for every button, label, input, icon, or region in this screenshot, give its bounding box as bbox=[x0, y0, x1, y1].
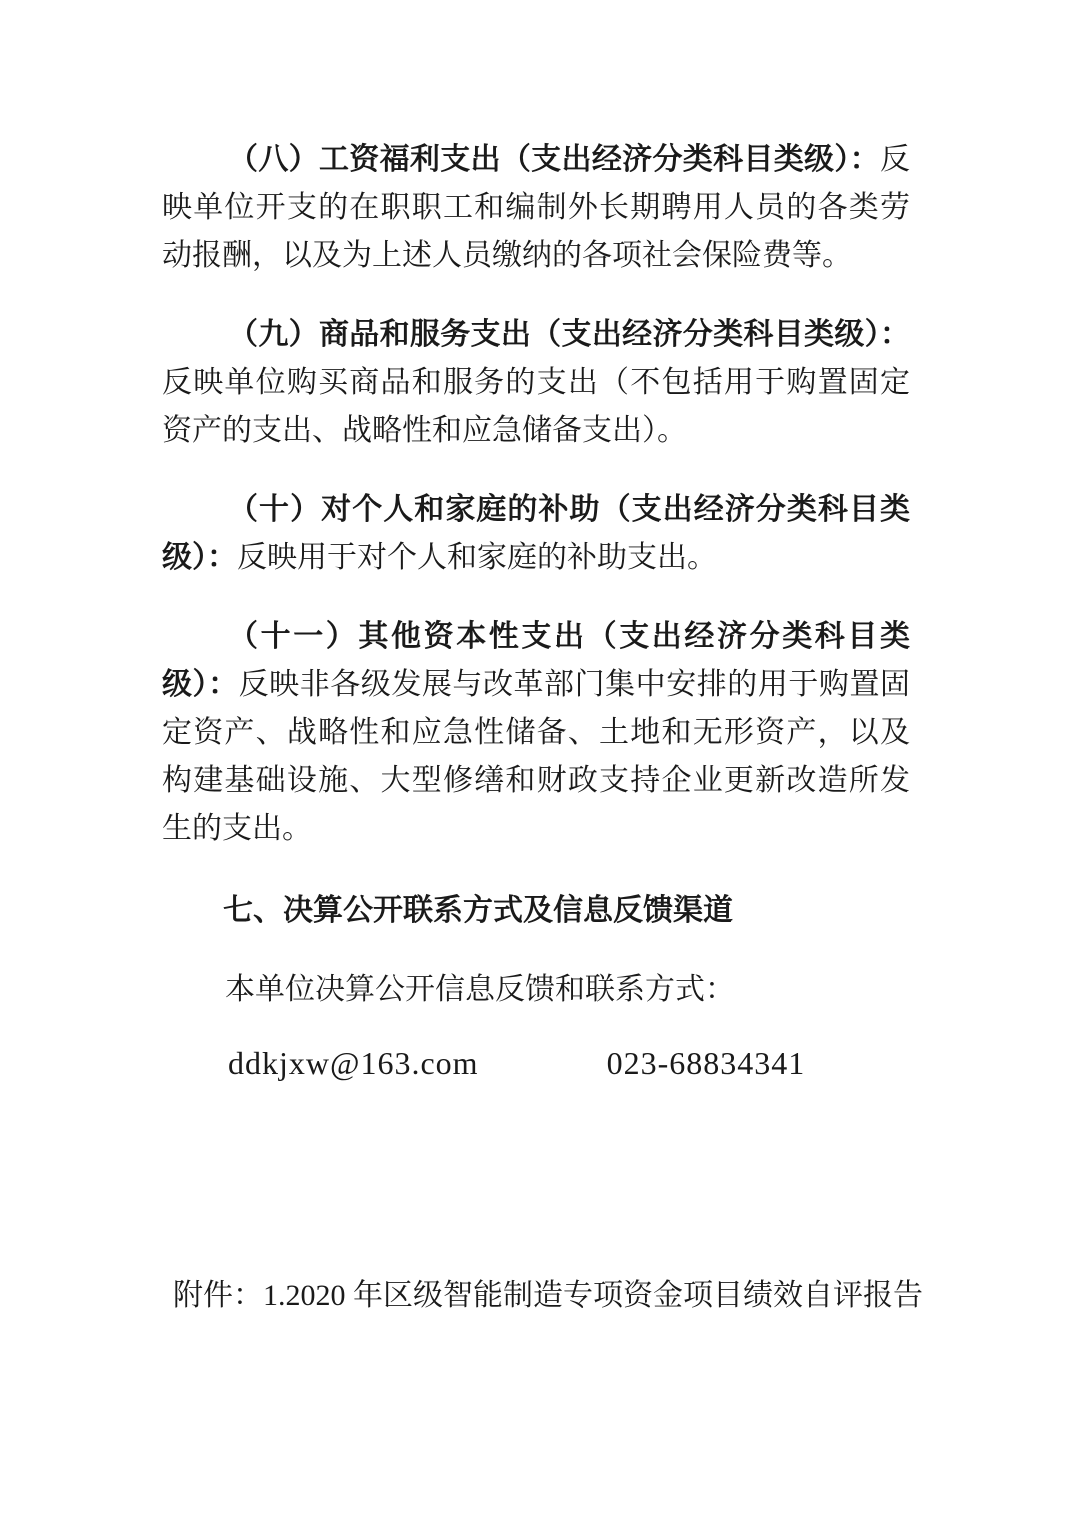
paragraph-11-other-capital-expense: （十一）其他资本性支出（支出经济分类科目类级）：反映非各级发展与改革部门集中安排… bbox=[162, 613, 910, 853]
paragraph-10-individual-family-subsidy: （十）对个人和家庭的补助（支出经济分类科目类级）：反映用于对个人和家庭的补助支出… bbox=[162, 486, 910, 582]
section-heading-contact-channels: 七、决算公开联系方式及信息反馈渠道 bbox=[162, 887, 910, 935]
paragraph-11-body: 反映非各级发展与改革部门集中安排的用于购置固定资产、战略性和应急性储备、土地和无… bbox=[162, 668, 910, 845]
paragraph-9-body: 反映单位购买商品和服务的支出（不包括用于购置固定资产的支出、战略性和应急储备支出… bbox=[162, 366, 910, 447]
contact-details-line: ddkjxw@163.com023-68834341 bbox=[162, 1039, 910, 1087]
document-page: （八）工资福利支出（支出经济分类科目类级）：反映单位开支的在职职工和编制外长期聘… bbox=[0, 0, 1074, 1520]
paragraph-9-lead: （九）商品和服务支出（支出经济分类科目类级）： bbox=[228, 318, 910, 351]
contact-phone: 023-68834341 bbox=[607, 1045, 806, 1081]
document-content: （八）工资福利支出（支出经济分类科目类级）：反映单位开支的在职职工和编制外长期聘… bbox=[162, 136, 910, 1320]
paragraph-9-goods-services-expense: （九）商品和服务支出（支出经济分类科目类级）：反映单位购买商品和服务的支出（不包… bbox=[162, 311, 910, 455]
contact-intro-line: 本单位决算公开信息反馈和联系方式： bbox=[162, 966, 910, 1014]
paragraph-8-wage-welfare-expense: （八）工资福利支出（支出经济分类科目类级）：反映单位开支的在职职工和编制外长期聘… bbox=[162, 136, 910, 280]
contact-email: ddkjxw@163.com bbox=[162, 1045, 479, 1081]
attachment-line: 附件：1.2020 年区级智能制造专项资金项目绩效自评报告 bbox=[162, 1272, 910, 1320]
paragraph-10-body: 反映用于对个人和家庭的补助支出。 bbox=[237, 541, 717, 574]
paragraph-8-lead: （八）工资福利支出（支出经济分类科目类级）： bbox=[228, 143, 880, 176]
